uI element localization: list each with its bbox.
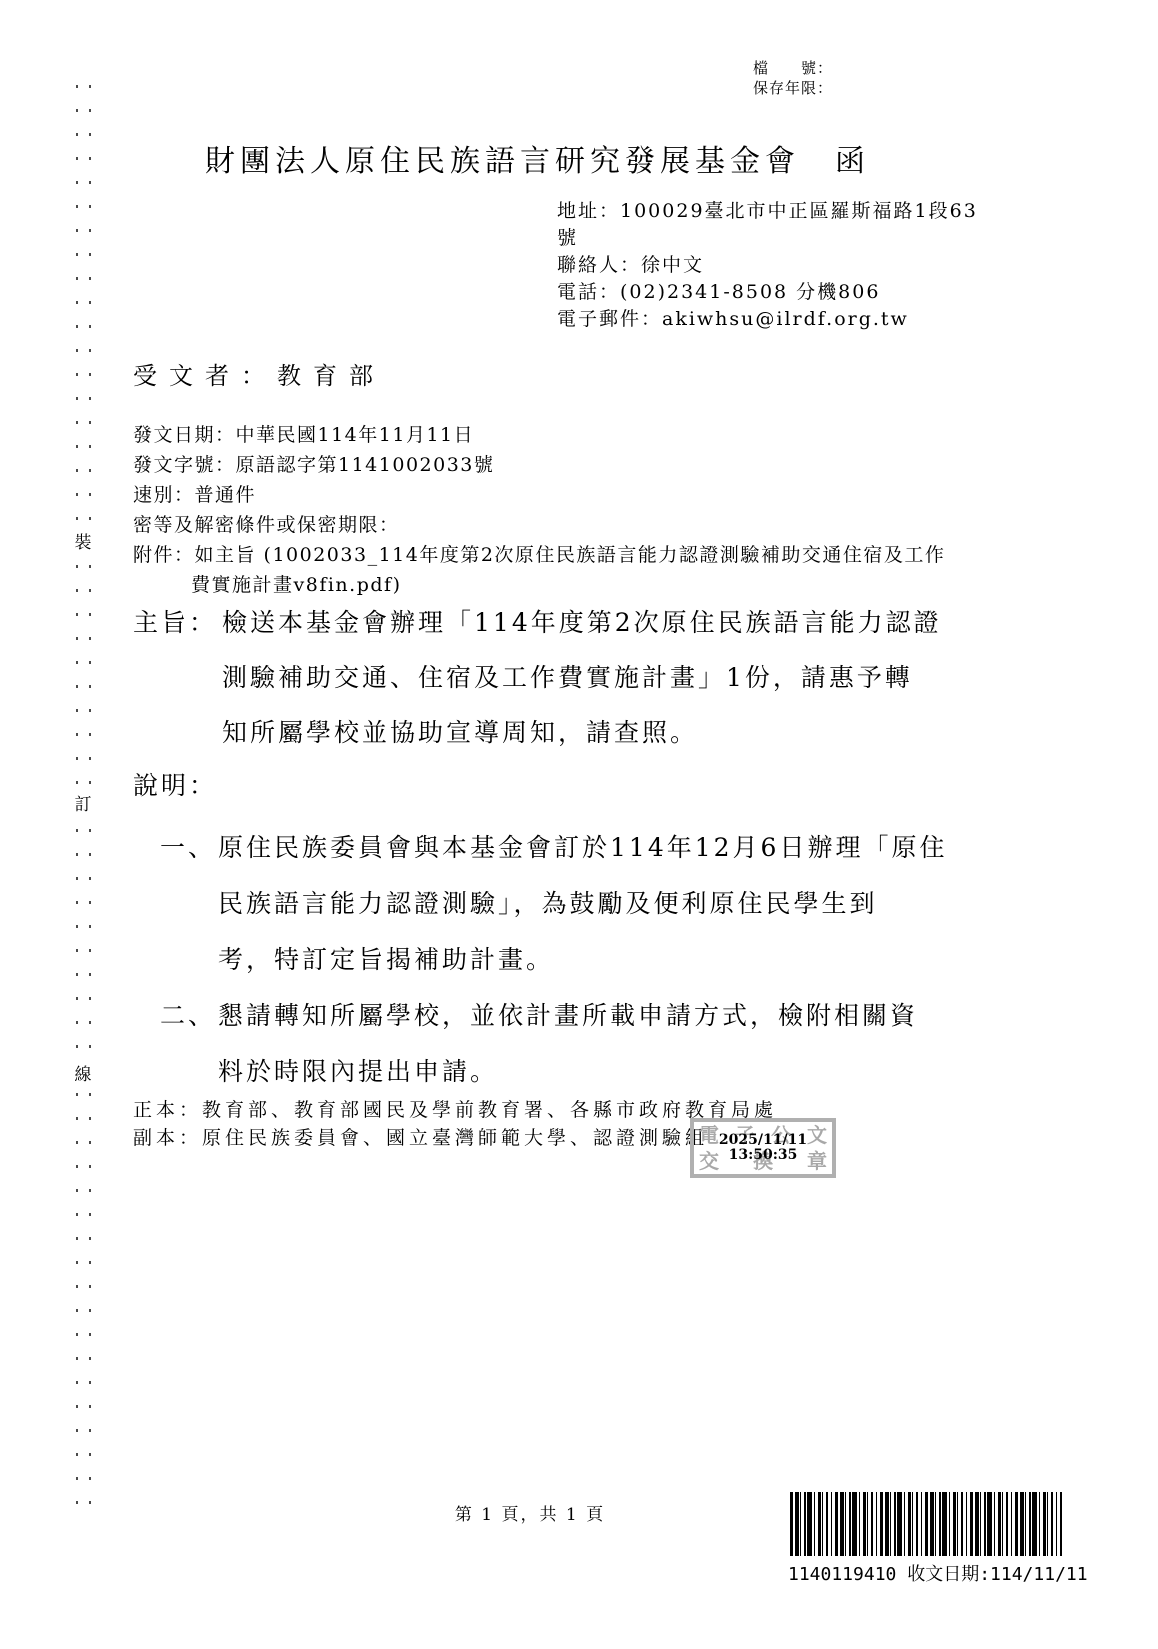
- issue-date-line: 發文日期：中華民國114年11月11日: [133, 420, 1033, 450]
- explanation-item-1-body: 原住民族委員會與本基金會訂於114年12月6日辦理「原住 民族語言能力認證測驗」…: [218, 820, 968, 988]
- sender-email: 電子郵件：akiwhsu@ilrdf.org.tw: [557, 306, 1027, 333]
- explanation-item-1-number: 一、: [160, 820, 216, 988]
- retention-period-label: 保存年限：: [753, 78, 833, 98]
- subject-line-3: 知所屬學校並協助宣導周知，請查照。: [222, 705, 982, 760]
- explanation-label: 說明：: [133, 766, 217, 802]
- explanation-item-1-line-3: 考，特訂定旨揭補助計畫。: [218, 932, 968, 988]
- explanation-item-2-body: 懇請轉知所屬學校，並依計畫所載申請方式，檢附相關資 料於時限內提出申請。: [218, 988, 968, 1100]
- distribution-block: 正本：教育部、教育部國民及學前教育署、各縣市政府教育局處 副本：原住民族委員會、…: [133, 1096, 1033, 1152]
- file-number-label: 檔 號：: [753, 58, 833, 78]
- binding-mark-zhuang: 裝: [70, 532, 96, 554]
- document-title: 財團法人原住民族語言研究發展基金會 函: [205, 136, 870, 180]
- barcode-label: 1140119410 收文日期:114/11/11: [788, 1560, 1088, 1586]
- sender-address-line-2: 號: [557, 225, 1027, 252]
- corner-archive-labels: 檔 號： 保存年限：: [753, 58, 833, 98]
- sender-phone: 電話：(02)2341-8508 分機806: [557, 279, 1027, 306]
- subject-section: 主旨： 檢送本基金會辦理「114年度第2次原住民族語言能力認證 測驗補助交通、住…: [133, 595, 982, 760]
- stamp-datetime: 2025/11/11 13:50:35: [694, 1122, 832, 1174]
- official-letter-page: 裝 訂 線 檔 號： 保存年限： 財團法人原住民族語言研究發展基金會 函 地址：…: [0, 0, 1158, 1649]
- stamp-date: 2025/11/11: [719, 1133, 807, 1148]
- explanation-item-1-line-2: 民族語言能力認證測驗」，為鼓勵及便利原住民學生到: [218, 876, 968, 932]
- binding-mark-ding: 訂: [70, 794, 96, 816]
- doc-number-line: 發文字號：原語認字第1141002033號: [133, 450, 1033, 480]
- electronic-exchange-stamp: 電 子 公 文 交 換 章 2025/11/11 13:50:35: [690, 1118, 836, 1178]
- speed-class-line: 速別：普通件: [133, 480, 1033, 510]
- explanation-item-2-line-1: 懇請轉知所屬學校，並依計畫所載申請方式，檢附相關資: [218, 988, 968, 1044]
- barcode: [790, 1492, 1062, 1556]
- subject-label: 主旨：: [133, 595, 217, 760]
- recipient-line: 受文者：教育部: [133, 356, 385, 391]
- document-meta-block: 發文日期：中華民國114年11月11日 發文字號：原語認字第1141002033…: [133, 420, 1033, 600]
- page-number-footer: 第 1 頁，共 1 頁: [380, 1500, 680, 1525]
- subject-body: 檢送本基金會辦理「114年度第2次原住民族語言能力認證 測驗補助交通、住宿及工作…: [222, 595, 982, 760]
- explanation-item-2-number: 二、: [160, 988, 216, 1100]
- subject-line-1: 檢送本基金會辦理「114年度第2次原住民族語言能力認證: [222, 595, 982, 650]
- binding-mark-xian: 線: [70, 1064, 96, 1086]
- stamp-time: 13:50:35: [729, 1148, 798, 1163]
- distribution-original: 正本：教育部、教育部國民及學前教育署、各縣市政府教育局處: [133, 1096, 1033, 1124]
- distribution-copy: 副本：原住民族委員會、國立臺灣師範大學、認證測驗組: [133, 1124, 1033, 1152]
- secrecy-line: 密等及解密條件或保密期限：: [133, 510, 1033, 540]
- subject-line-2: 測驗補助交通、住宿及工作費實施計畫」1份，請惠予轉: [222, 650, 982, 705]
- explanation-item-1-line-1: 原住民族委員會與本基金會訂於114年12月6日辦理「原住: [218, 820, 968, 876]
- sender-address-line-1: 地址：100029臺北市中正區羅斯福路1段63: [557, 198, 1027, 225]
- explanation-items: 一、 原住民族委員會與本基金會訂於114年12月6日辦理「原住 民族語言能力認證…: [160, 820, 968, 1100]
- sender-contact-block: 地址：100029臺北市中正區羅斯福路1段63 號 聯絡人：徐中文 電話：(02…: [557, 198, 1027, 333]
- explanation-item-2: 二、 懇請轉知所屬學校，並依計畫所載申請方式，檢附相關資 料於時限內提出申請。: [160, 988, 968, 1100]
- attachment-line-1: 附件：如主旨 (1002033_114年度第2次原住民族語言能力認證測驗補助交通…: [133, 540, 1033, 570]
- sender-contact-person: 聯絡人：徐中文: [557, 252, 1027, 279]
- explanation-item-2-line-2: 料於時限內提出申請。: [218, 1044, 968, 1100]
- explanation-item-1: 一、 原住民族委員會與本基金會訂於114年12月6日辦理「原住 民族語言能力認證…: [160, 820, 968, 988]
